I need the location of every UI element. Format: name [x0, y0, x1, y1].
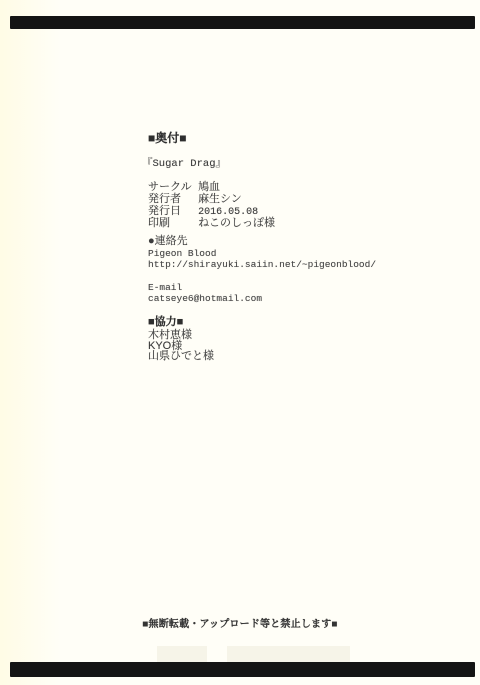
circle-label: サークル: [148, 181, 195, 193]
info-row-publisher: 発行者 麻生シン: [148, 193, 242, 205]
info-row-printer: 印刷 ねこのしっぽ様: [148, 217, 275, 229]
date-label: 発行日: [148, 205, 195, 217]
no-reproduction-notice: ■無断転載・アップロード等と禁止します■: [0, 615, 480, 630]
credits-header: ■協力■: [148, 316, 183, 329]
book-title: 『Sugar Drag』: [142, 158, 226, 171]
credit-name-3: 山県ひでと様: [148, 350, 214, 363]
email-address: catseye6@hotmail.com: [148, 292, 262, 305]
circle-value: 鳩血: [198, 181, 220, 193]
contact-url: http://shirayuki.saiin.net/~pigeonblood/: [148, 258, 376, 271]
info-row-circle: サークル 鳩血: [148, 181, 220, 193]
publisher-value: 麻生シン: [198, 193, 242, 205]
publisher-label: 発行者: [148, 193, 195, 205]
colophon-page: ■奥付■ 『Sugar Drag』 サークル 鳩血 発行者 麻生シン 発行日 2…: [0, 0, 480, 685]
printer-value: ねこのしっぽ様: [198, 217, 275, 229]
scan-edge-bar-bottom: [10, 662, 475, 677]
printer-label: 印刷: [148, 217, 195, 229]
scan-edge-bar-top: [10, 16, 475, 29]
colophon-header: ■奥付■: [148, 132, 187, 145]
